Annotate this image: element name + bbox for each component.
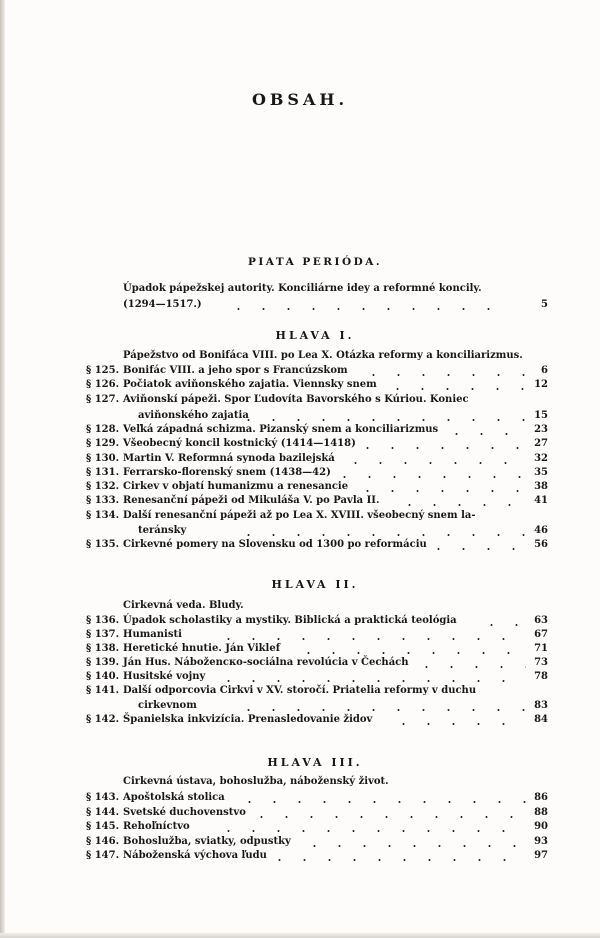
toc-entry: § 132.Cirkev v objatí humanizmu a renesa… xyxy=(86,481,548,495)
entry-title: Cirkevné pomery na Slovensku od 1300 po … xyxy=(123,539,427,550)
dot-leader xyxy=(397,504,527,506)
toc-entry: § 133.Renesanční pápeži od Mikuláša V. p… xyxy=(86,495,548,509)
chapter-subtitle: Pápežstvo od Bonifáca VIII. po Lea X. Ot… xyxy=(123,350,523,361)
page-number: 15 xyxy=(534,410,548,421)
dot-leader xyxy=(355,490,526,492)
entry-title: Heretické hnutie. Ján Viklef xyxy=(123,643,280,654)
page-number: 88 xyxy=(534,807,548,818)
entry-title: Náboženská výchova ľudu xyxy=(123,850,267,861)
chapter-subtitle: Cirkevná veda. Bludy. xyxy=(123,600,244,611)
entry-title: Úpadok scholastiky a mystiky. Biblická a… xyxy=(123,615,457,626)
page-number: 5 xyxy=(541,299,548,310)
page-left-edge xyxy=(0,0,5,938)
section-number: § 135. xyxy=(86,539,123,550)
entry-title: Ján Hus. Náboženско-sociálna revolúcia v… xyxy=(123,657,409,668)
toc-entry: § 136.Úpadok scholastiky a mystiky. Bibl… xyxy=(86,615,548,629)
section-number: § 140. xyxy=(86,671,123,682)
toc-entry: § 139.Ján Hus. Náboženско-sociálna revol… xyxy=(86,657,548,671)
section-number: § 132. xyxy=(86,481,123,492)
dot-leader xyxy=(302,845,526,847)
dot-leader xyxy=(361,374,526,376)
entry-title-continued: aviňonského zajatia xyxy=(138,410,249,421)
section-number: § 134. xyxy=(86,510,123,521)
dot-leader xyxy=(296,652,526,654)
page-number: 6 xyxy=(541,365,548,376)
section-number: § 136. xyxy=(86,615,123,626)
page-number: 84 xyxy=(534,714,548,725)
section-number: § 143. xyxy=(86,792,123,803)
toc-entry-line: § 141.Další odporcovia Cirkvi v XV. stor… xyxy=(86,685,548,699)
dot-leader xyxy=(444,433,526,435)
section-number: § 144. xyxy=(86,807,123,818)
period-intro-line1: Úpadok pápežskej autority. Konciliárne i… xyxy=(123,283,482,294)
section-number: § 142. xyxy=(86,714,123,725)
chapter-heading: HLAVA III. xyxy=(15,756,600,769)
section-number: § 126. xyxy=(86,379,123,390)
page-number: 41 xyxy=(534,495,548,506)
entry-title: Další renesanční pápeži až po Lea X. XVI… xyxy=(123,510,476,521)
dot-leader xyxy=(426,548,526,550)
toc-entry: § 143.Apoštolská stolica86 xyxy=(86,792,548,806)
page-number: 67 xyxy=(534,629,548,640)
entry-title: Husitské vojny xyxy=(123,671,205,682)
section-number: § 131. xyxy=(86,467,123,478)
page-number: 38 xyxy=(534,481,548,492)
toc-entry: § 130.Martin V. Reformná synoda bazilejs… xyxy=(86,453,548,467)
toc-entry: § 146.Bohoslužba, sviatky, odpustky93 xyxy=(86,836,548,850)
entry-title-continued: teránsky xyxy=(138,525,186,536)
toc-entry: § 145.Rehoľníctvo90 xyxy=(86,821,548,835)
section-number: § 141. xyxy=(86,685,123,696)
page-number: 23 xyxy=(534,424,548,435)
chapter-heading: HLAVA II. xyxy=(15,578,600,591)
section-number: § 130. xyxy=(86,453,123,464)
dot-leader xyxy=(216,638,526,640)
section-number: § 125. xyxy=(86,365,123,376)
entry-title: Apoštolská stolica xyxy=(123,792,225,803)
toc-entry: aviňonského zajatia15 xyxy=(86,410,548,424)
entry-title: Počiatok aviňonského zajatia. Viennsky s… xyxy=(123,379,377,390)
toc-entry: § 138.Heretické hnutie. Ján Viklef71 xyxy=(86,643,548,657)
toc-entry: § 126.Počiatok aviňonského zajatia. Vien… xyxy=(86,379,548,393)
dot-leader xyxy=(385,388,526,390)
page-number: 32 xyxy=(534,453,548,464)
dot-leader xyxy=(332,476,526,478)
period-intro-line2: (1294—1517.) xyxy=(123,299,202,310)
page-number: 86 xyxy=(534,792,548,803)
entry-title: Španielska inkvizícia. Prenasledovanie ž… xyxy=(123,714,372,725)
page-number: 90 xyxy=(534,821,548,832)
section-number: § 147. xyxy=(86,850,123,861)
section-number: § 137. xyxy=(86,629,123,640)
entry-title: Humanisti xyxy=(123,629,182,640)
toc-entry: § 129.Všeobecný koncil kostnický (1414—1… xyxy=(86,438,548,452)
entry-title: Aviňonskí pápeži. Spor Ľudovíta Bavorské… xyxy=(123,394,469,405)
section-number: § 138. xyxy=(86,643,123,654)
entry-title-continued: cirkevnom xyxy=(138,700,197,711)
page-number: 27 xyxy=(534,438,548,449)
toc-entry: § 137.Humanisti67 xyxy=(86,629,548,643)
toc-entry: § 142.Španielska inkvizícia. Prenasledov… xyxy=(86,714,548,728)
page-number: 73 xyxy=(534,657,548,668)
toc-entry-line: § 127.Aviňonskí pápeži. Spor Ľudovíta Ba… xyxy=(86,394,548,408)
period-heading: PIATA PERIÓDA. xyxy=(15,256,600,268)
chapter-subtitle: Cirkevná ústava, bohoslužba, náboženský … xyxy=(123,776,389,787)
toc-entry-line: § 134.Další renesanční pápeži až po Lea … xyxy=(86,510,548,524)
chapter-heading: HLAVA I. xyxy=(15,329,600,342)
section-number: § 146. xyxy=(86,836,123,847)
page-number: 97 xyxy=(534,850,548,861)
page-number: 35 xyxy=(534,467,548,478)
section-number: § 128. xyxy=(86,424,123,435)
toc-entry: § 144.Svetské duchovenstvo88 xyxy=(86,807,548,821)
dot-leader xyxy=(216,680,526,682)
toc-entry: teránsky46 xyxy=(86,525,548,539)
dot-leader xyxy=(355,447,526,449)
page-bottom-edge xyxy=(0,933,600,938)
page-title: OBSAH. xyxy=(0,90,600,109)
dot-leader xyxy=(237,801,526,803)
entry-title: Cirkev v objatí humanizmu a renesancie xyxy=(123,481,348,492)
entry-title: Martin V. Reformná synoda bazilejská xyxy=(123,453,335,464)
entry-title: Renesanční pápeži od Mikuláša V. po Pavl… xyxy=(123,495,379,506)
toc-entry: § 140.Husitské vojny78 xyxy=(86,671,548,685)
page-number: 83 xyxy=(534,700,548,711)
entry-title: Všeobecný koncil kostnický (1414—1418) xyxy=(123,438,356,449)
toc-entry: § 128.Veľká západná schizma. Pizanský sn… xyxy=(86,424,548,438)
dot-leader xyxy=(236,419,526,421)
dot-leader xyxy=(226,308,496,310)
page-number: 12 xyxy=(534,379,548,390)
page-number: 56 xyxy=(534,539,548,550)
entry-title: Bohoslužba, sviatky, odpustky xyxy=(123,836,291,847)
section-number: § 129. xyxy=(86,438,123,449)
period-intro-row: (1294—1517.) 5 xyxy=(86,299,548,313)
section-number: § 127. xyxy=(86,394,123,405)
dot-leader xyxy=(236,709,526,711)
dot-leader xyxy=(216,830,526,832)
toc-entry: § 131.Ferrarsko-florenský snem (1438—42)… xyxy=(86,467,548,481)
dot-leader xyxy=(391,723,526,725)
entry-title: Veľká západná schizma. Pizanský snem a k… xyxy=(123,424,438,435)
entry-title: Ferrarsko-florenský snem (1438—42) xyxy=(123,467,331,478)
section-number: § 139. xyxy=(86,657,123,668)
dot-leader xyxy=(414,666,526,668)
toc-entry: § 135.Cirkevné pomery na Slovensku od 13… xyxy=(86,539,548,553)
page-number: 63 xyxy=(534,615,548,626)
toc-entry: § 147.Náboženská výchova ľudu97 xyxy=(86,850,548,864)
toc-entry: cirkevnom83 xyxy=(86,700,548,714)
entry-title: Rehoľníctvo xyxy=(123,821,190,832)
dot-leader xyxy=(479,624,526,626)
page-number: 46 xyxy=(534,525,548,536)
toc-entry: § 125.Bonifác VIII. a jeho spor s Francú… xyxy=(86,365,548,379)
page-number: 78 xyxy=(534,671,548,682)
dot-leader xyxy=(249,816,526,818)
section-number: § 133. xyxy=(86,495,123,506)
dot-leader xyxy=(236,534,526,536)
entry-title: Další odporcovia Cirkvi v XV. storočí. P… xyxy=(123,685,476,696)
dot-leader xyxy=(267,859,526,861)
entry-title: Svetské duchovenstvo xyxy=(123,807,246,818)
dot-leader xyxy=(343,462,526,464)
section-number: § 145. xyxy=(86,821,123,832)
page-number: 71 xyxy=(534,643,548,654)
page-number: 93 xyxy=(534,836,548,847)
entry-title: Bonifác VIII. a jeho spor s Francúzskom xyxy=(123,365,348,376)
